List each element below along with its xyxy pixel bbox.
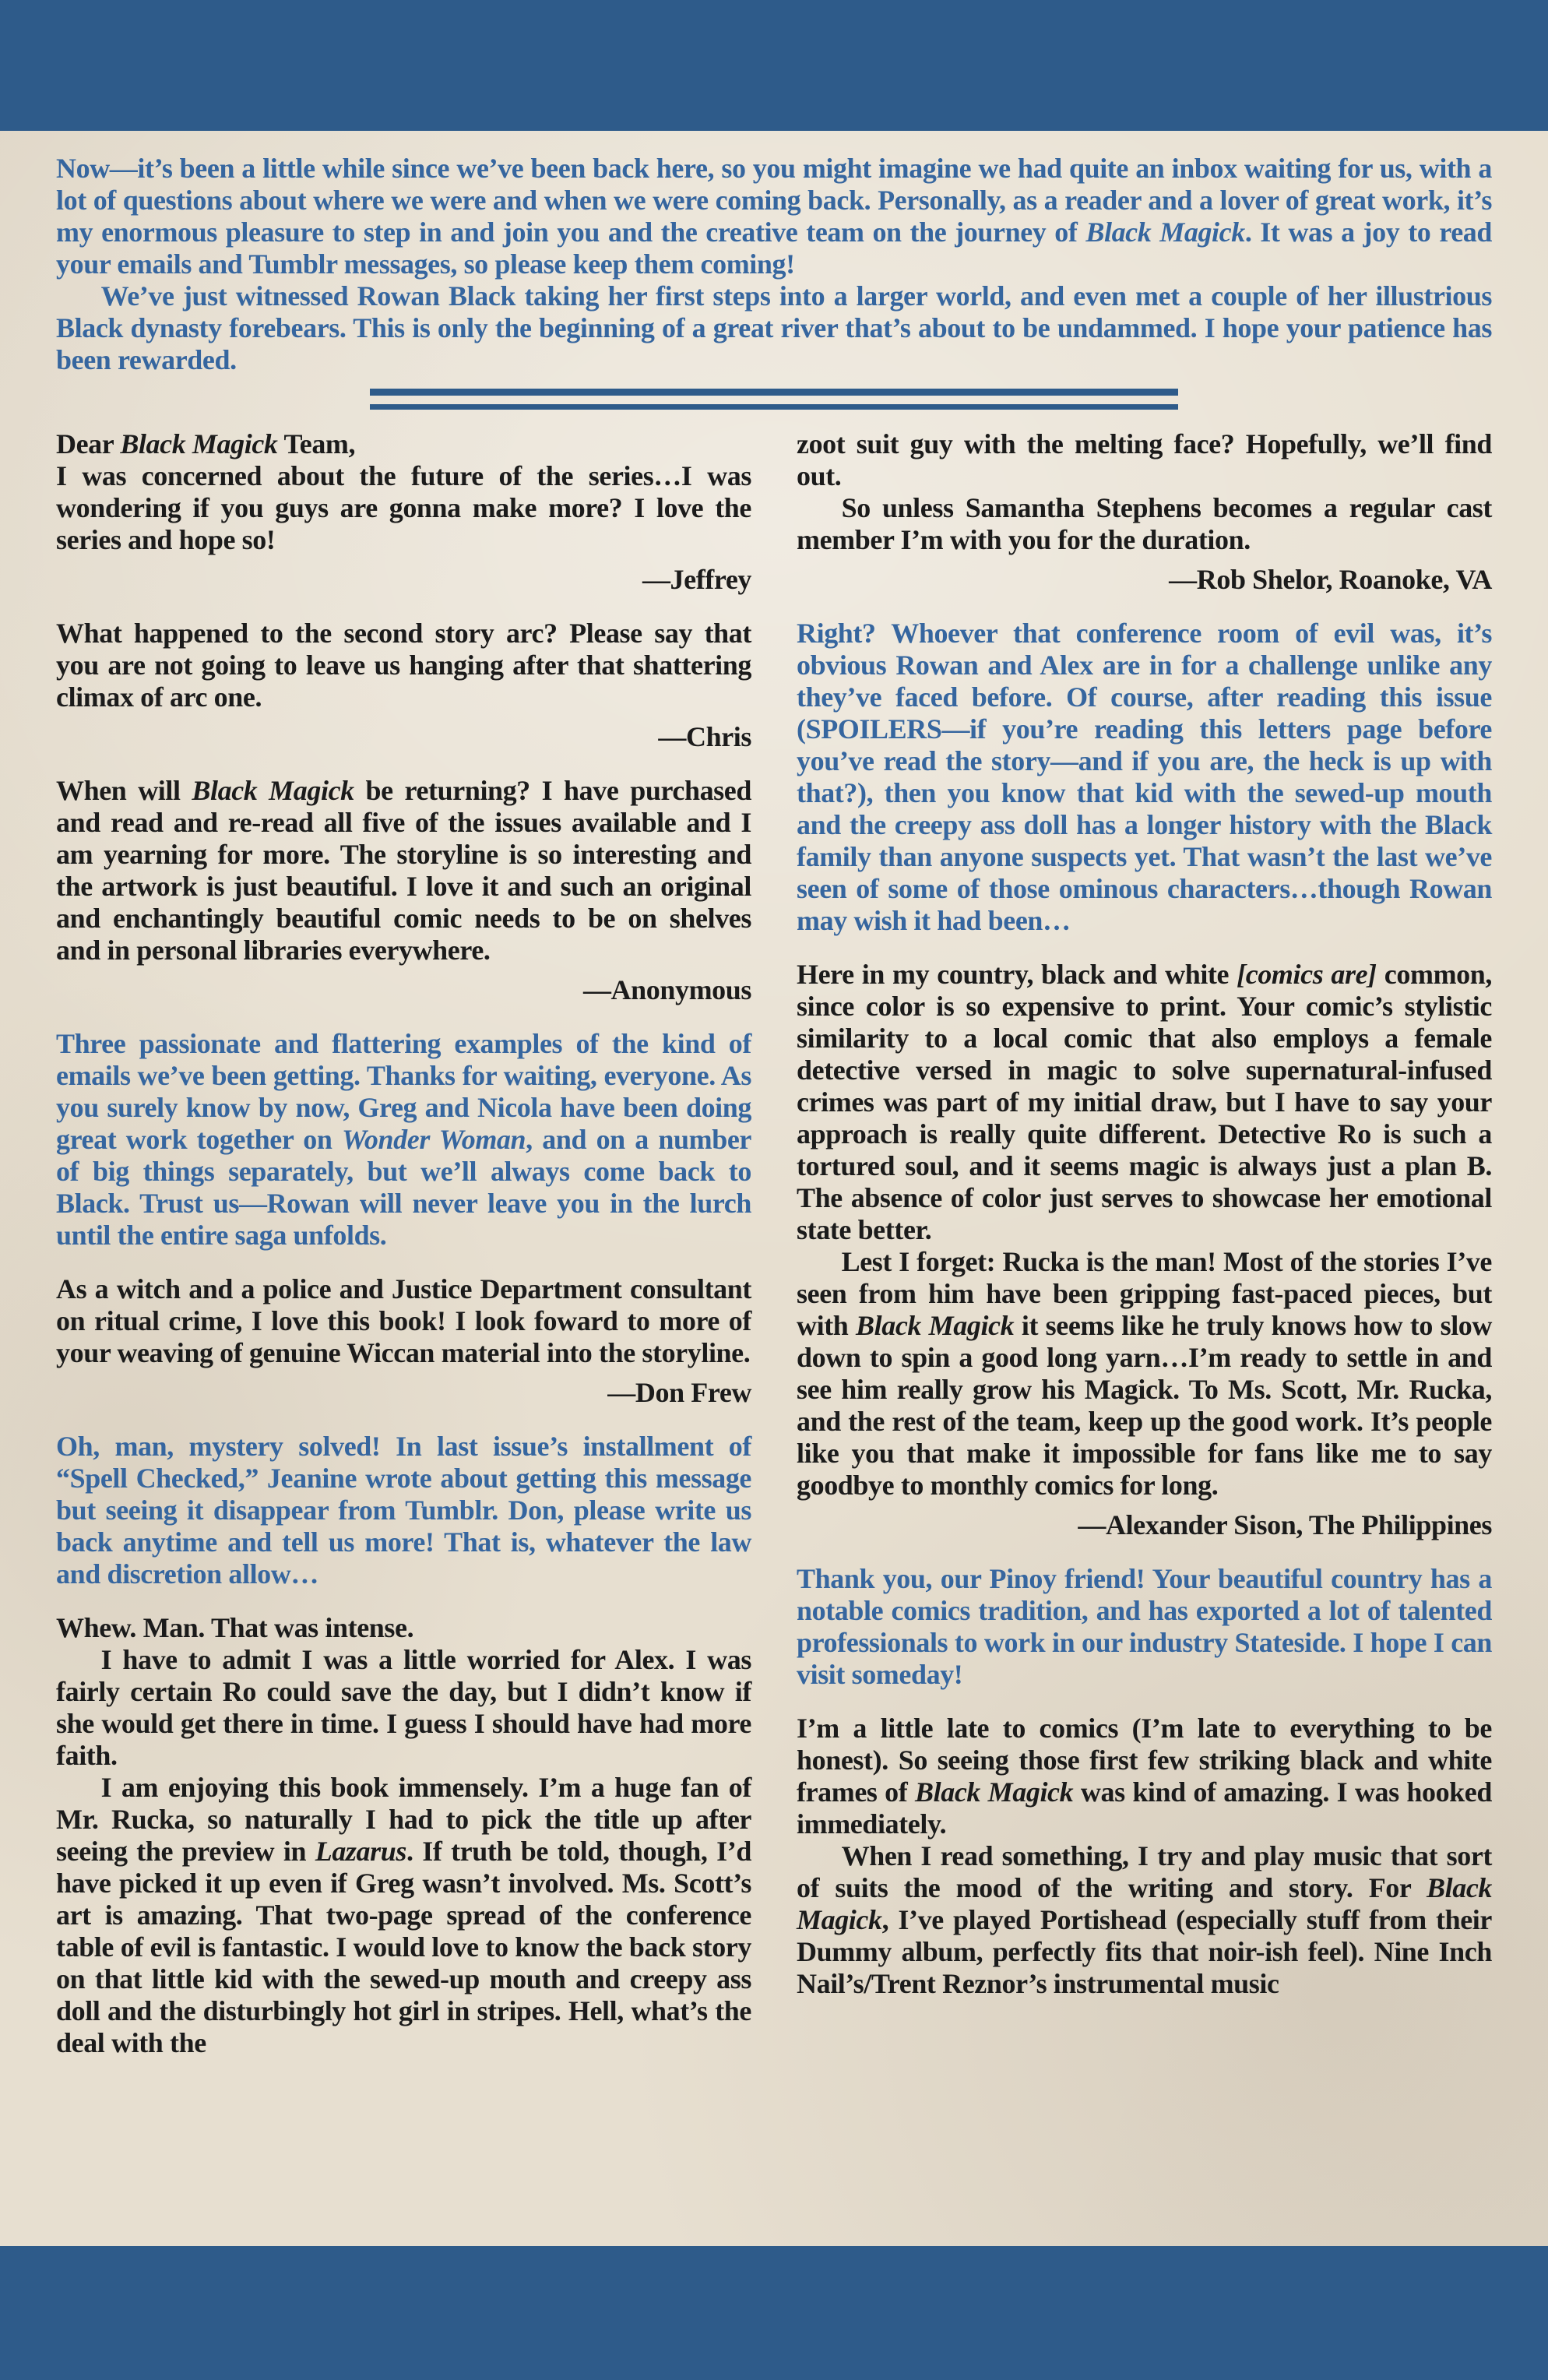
paragraph: I’m a little late to comics (I’m late to… <box>797 1713 1492 1840</box>
text-run: When I read something, I try and play mu… <box>797 1840 1492 1903</box>
paragraph: I have to admit I was a little worried f… <box>56 1644 751 1772</box>
text-run: I was concerned about the future of the … <box>56 460 751 555</box>
text-run: . If truth be told, though, I’d have pic… <box>56 1836 751 2058</box>
intro-section: Now—it’s been a little while since we’ve… <box>56 153 1492 376</box>
italic-text: Wonder Woman <box>342 1124 526 1155</box>
paragraph: Three passionate and flattering examples… <box>56 1028 751 1252</box>
text-run: , I’ve played Portishead (especially stu… <box>797 1904 1492 1999</box>
paragraph: Right? Whoever that conference room of e… <box>797 618 1492 937</box>
text-run: As a witch and a police and Justice Depa… <box>56 1273 751 1368</box>
text-run: Dear <box>56 428 120 459</box>
letter-block: As a witch and a police and Justice Depa… <box>56 1273 751 1409</box>
text-run: We’ve just witnessed Rowan Black taking … <box>56 280 1492 375</box>
signature: —Jeffrey <box>56 564 751 596</box>
paragraph: zoot suit guy with the melting face? Hop… <box>797 428 1492 492</box>
letter-block: Dear Black Magick Team,I was concerned a… <box>56 428 751 596</box>
paragraph: When will Black Magick be returning? I h… <box>56 775 751 966</box>
paragraph: I am enjoying this book immensely. I’m a… <box>56 1772 751 2059</box>
intro-block: Now—it’s been a little while since we’ve… <box>56 153 1492 376</box>
signature: —Rob Shelor, Roanoke, VA <box>797 564 1492 596</box>
text-run: Team, <box>278 428 356 459</box>
bottom-bar <box>0 2246 1548 2380</box>
italic-text: Black Magick <box>915 1776 1073 1808</box>
response-block: Right? Whoever that conference room of e… <box>797 618 1492 937</box>
paragraph: Oh, man, mystery solved! In last issue’s… <box>56 1431 751 1590</box>
divider-line-bottom <box>370 404 1178 410</box>
letter-block: Here in my country, black and white [com… <box>797 959 1492 1541</box>
letter-block: When will Black Magick be returning? I h… <box>56 775 751 1006</box>
page-content: Now—it’s been a little while since we’ve… <box>56 153 1492 2081</box>
paragraph: I was concerned about the future of the … <box>56 460 751 556</box>
paragraph: Dear Black Magick Team, <box>56 428 751 460</box>
letter-block: I’m a little late to comics (I’m late to… <box>797 1713 1492 2000</box>
column-left: Dear Black Magick Team,I was concerned a… <box>56 428 751 2081</box>
top-bar <box>0 0 1548 131</box>
italic-text: Black Magick <box>856 1310 1014 1341</box>
signature: —Chris <box>56 721 751 753</box>
response-block: Three passionate and flattering examples… <box>56 1028 751 1252</box>
text-run: zoot suit guy with the melting face? Hop… <box>797 428 1492 491</box>
text-run: I have to admit I was a little worried f… <box>56 1644 751 1771</box>
paragraph: Here in my country, black and white [com… <box>797 959 1492 1246</box>
text-run: Thank you, our Pinoy friend! Your beauti… <box>797 1563 1492 1690</box>
text-run: Whew. Man. That was intense. <box>56 1612 413 1643</box>
text-run: common, since color is so expensive to p… <box>797 959 1492 1245</box>
divider-line-top <box>370 389 1178 396</box>
signature: —Alexander Sison, The Philippines <box>797 1509 1492 1541</box>
paragraph: When I read something, I try and play mu… <box>797 1840 1492 2000</box>
italic-text: [comics are] <box>1237 959 1377 990</box>
letter-block: Whew. Man. That was intense.I have to ad… <box>56 1612 751 2059</box>
paragraph: As a witch and a police and Justice Depa… <box>56 1273 751 1369</box>
column-right: zoot suit guy with the melting face? Hop… <box>797 428 1492 2022</box>
text-run: What happened to the second story arc? P… <box>56 618 751 713</box>
text-run: Oh, man, mystery solved! In last issue’s… <box>56 1431 751 1590</box>
signature: —Anonymous <box>56 974 751 1006</box>
paragraph: Lest I forget: Rucka is the man! Most of… <box>797 1246 1492 1502</box>
letter-columns: Dear Black Magick Team,I was concerned a… <box>56 428 1492 2081</box>
paragraph: Thank you, our Pinoy friend! Your beauti… <box>797 1563 1492 1691</box>
section-divider <box>370 389 1178 410</box>
text-run: Right? Whoever that conference room of e… <box>797 618 1492 936</box>
text-run: Here in my country, black and white <box>797 959 1237 990</box>
response-block: Thank you, our Pinoy friend! Your beauti… <box>797 1563 1492 1691</box>
letters-page: Now—it’s been a little while since we’ve… <box>0 0 1548 2380</box>
paragraph: What happened to the second story arc? P… <box>56 618 751 713</box>
italic-text: Black Magick <box>1085 217 1244 248</box>
response-block: Oh, man, mystery solved! In last issue’s… <box>56 1431 751 1590</box>
paragraph: We’ve just witnessed Rowan Black taking … <box>56 280 1492 376</box>
paragraph: Whew. Man. That was intense. <box>56 1612 751 1644</box>
italic-text: Black Magick <box>192 775 354 806</box>
italic-text: Black Magick <box>120 428 277 459</box>
letter-block: What happened to the second story arc? P… <box>56 618 751 753</box>
italic-text: Lazarus <box>315 1836 406 1867</box>
signature: —Don Frew <box>56 1377 751 1409</box>
text-run: So unless Samantha Stephens becomes a re… <box>797 492 1492 555</box>
paragraph: Now—it’s been a little while since we’ve… <box>56 153 1492 280</box>
letter-block: zoot suit guy with the melting face? Hop… <box>797 428 1492 596</box>
text-run: When will <box>56 775 192 806</box>
paragraph: So unless Samantha Stephens becomes a re… <box>797 492 1492 556</box>
